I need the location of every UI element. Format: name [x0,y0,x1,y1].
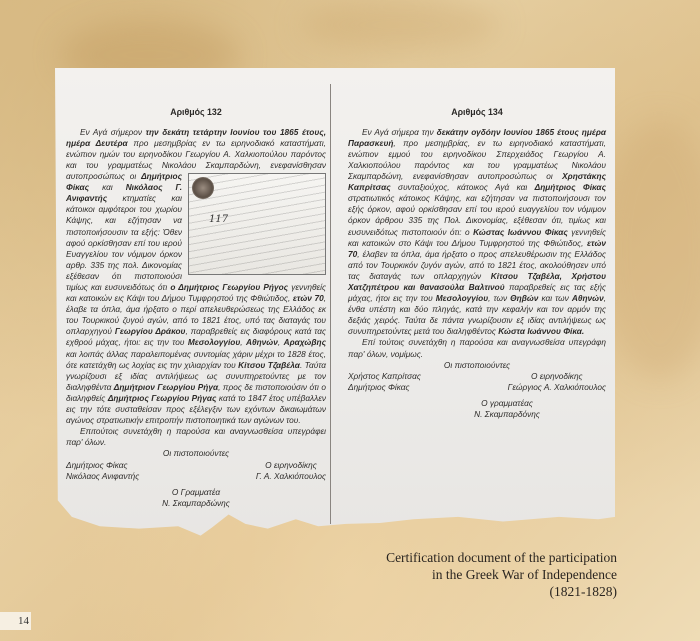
paper-stain [300,0,500,50]
paper-stain [600,120,700,380]
right-document-body: Εν Αγά σήμερα την δεκάτην ογδόην Ιουνίου… [348,127,606,338]
page-number: 14 [0,612,31,630]
secretary-title: Ο γραμματέας [348,398,606,409]
judge-title: Ο ειρηνοδίκης [256,460,326,471]
figure-caption: Certification document of the participat… [317,549,617,600]
signatures-row: Χρήστος Καπρίτσας Δημήτριος Φίκας Ο ειρη… [348,371,606,393]
judge-name: Γεώργιος Α. Χαλκιόπουλος [508,382,606,393]
signer-2: Δημήτριος Φίκας [348,382,421,393]
signer-1: Δημήτριος Φίκας [66,460,139,471]
secretary-name: Ν. Σκαμπαρδώνης [66,498,326,509]
signer-1: Χρήστος Καπρίτσας [348,371,421,382]
judge-name: Γ. Α. Χαλκιόπουλος [256,471,326,482]
seal-icon [192,177,214,199]
certifiers-label: Οι πιστοποιούντες [348,360,606,371]
handwritten-document-photo: 117 [188,173,326,275]
secretary-title: Ο Γραμματέα [66,487,326,498]
left-document-body: Εν Αγά σήμερον την δεκάτη τετάρτην Ιουνί… [66,127,326,427]
column-divider [330,84,331,524]
secretary-name: Ν. Σκαμπαρδόνης [348,409,606,420]
right-document: Αριθμός 134 Εν Αγά σήμερα την δεκάτην ογ… [348,98,606,420]
photo-annotation: 117 [195,214,228,225]
certifiers-label: Οι πιστοποιούντες [66,448,326,459]
judge-title: Ο ειρηνοδίκης [508,371,606,382]
left-document-closing: Επιτούτοις συνετάχθη η παρούσα και αναγν… [66,426,326,448]
left-document: Αριθμός 132 Εν Αγά σήμερον την δεκάτη τε… [66,98,326,509]
right-document-closing: Επί τούτοις συνετάχθη η παρούσα και αναγ… [348,337,606,359]
left-document-heading: Αριθμός 132 [66,107,326,118]
signer-2: Νικόλαος Ανιφαντής [66,471,139,482]
signatures-row: Δημήτριος Φίκας Νικόλαος Ανιφαντής Ο ειρ… [66,460,326,482]
right-document-heading: Αριθμός 134 [348,107,606,118]
